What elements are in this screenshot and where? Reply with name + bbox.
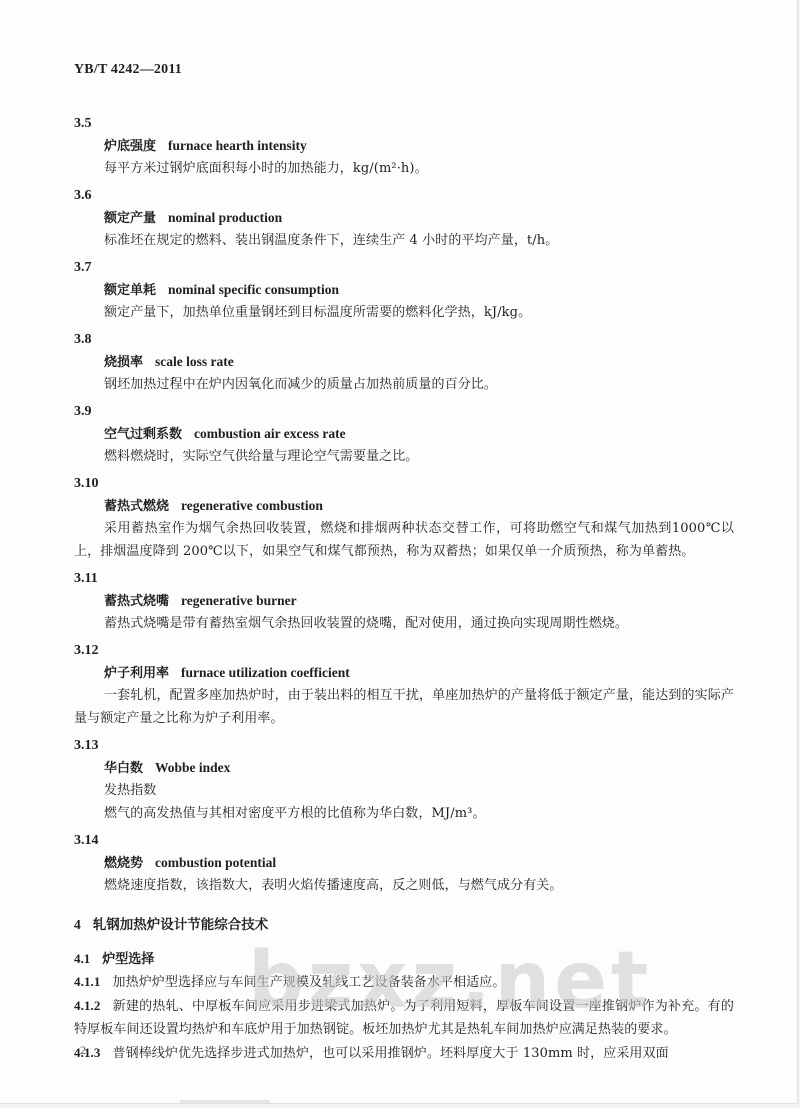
term-title: 炉底强度furnace hearth intensity (74, 134, 734, 157)
term-zh: 炉子利用率 (104, 666, 169, 681)
chapter-heading: 4轧钢加热炉设计节能综合技术 (74, 913, 734, 937)
term-definition: 蓄热式烧嘴是带有蓄热室烟气余热回收装置的烧嘴，配对使用，通过换向实现周期性燃烧。 (74, 612, 734, 635)
section-heading: 4.1炉型选择 (74, 947, 734, 970)
term-definition: 标准坯在规定的燃料、装出钢温度条件下，连续生产 4 小时的平均产量，t/h。 (74, 229, 734, 252)
term-entry: 3.5 炉底强度furnace hearth intensity 每平方米过钢炉… (74, 113, 734, 180)
term-title: 蓄热式燃烧regenerative combustion (74, 494, 734, 517)
term-definition: 燃烧速度指数，该指数大，表明火焰传播速度高，反之则低，与燃气成分有关。 (74, 874, 734, 897)
term-title: 烧损率scale loss rate (74, 350, 734, 373)
term-title: 额定单耗nominal specific consumption (74, 278, 734, 301)
section-number: 4.1 (74, 951, 90, 966)
term-entry: 3.11 蓄热式烧嘴regenerative burner 蓄热式烧嘴是带有蓄热… (74, 568, 734, 635)
term-title: 华白数Wobbe index (74, 756, 734, 779)
term-en: regenerative combustion (181, 498, 323, 513)
clause: 4.1.2新建的热轧、中厚板车间应采用步进梁式加热炉。为了利用短料，厚板车间设置… (74, 994, 734, 1041)
term-definition: 燃气的高发热值与其相对密度平方根的比值称为华白数，MJ/m³。 (74, 802, 734, 825)
term-number: 3.6 (74, 185, 734, 206)
clause-text: 加热炉炉型选择应与车间生产规模及轧线工艺设备装备水平相适应。 (113, 975, 506, 990)
term-zh: 额定产量 (104, 211, 156, 226)
term-zh: 华白数 (104, 761, 143, 776)
section-title: 炉型选择 (102, 952, 154, 967)
term-title: 蓄热式烧嘴regenerative burner (74, 589, 734, 612)
term-definition: 钢坯加热过程中在炉内因氧化而减少的质量占加热前质量的百分比。 (74, 373, 734, 396)
term-entry: 3.9 空气过剩系数combustion air excess rate 燃料燃… (74, 401, 734, 468)
clause: 4.1.3普钢棒线炉优先选择步进式加热炉，也可以采用推钢炉。坯料厚度大于 130… (74, 1041, 734, 1065)
term-number: 3.14 (74, 830, 734, 851)
term-zh: 炉底强度 (104, 139, 156, 154)
term-definition: 每平方米过钢炉底面积每小时的加热能力，kg/(m²·h)。 (74, 157, 734, 180)
term-entry: 3.13 华白数Wobbe index 发热指数 燃气的高发热值与其相对密度平方… (74, 735, 734, 825)
clause-text: 新建的热轧、中厚板车间应采用步进梁式加热炉。为了利用短料，厚板车间设置一座推钢炉… (74, 999, 734, 1037)
term-number: 3.8 (74, 329, 734, 350)
document-page: YB/T 4242—2011 3.5 炉底强度furnace hearth in… (0, 0, 798, 1104)
clause-number: 4.1.3 (74, 1045, 101, 1060)
term-number: 3.12 (74, 640, 734, 661)
term-number: 3.13 (74, 735, 734, 756)
term-definition: 燃料燃烧时，实际空气供给量与理论空气需要量之比。 (74, 445, 734, 468)
scan-artifact (180, 1100, 270, 1103)
term-definition: 一套轧机，配置多座加热炉时，由于装出料的相互干扰，单座加热炉的产量将低于额定产量… (74, 684, 734, 730)
term-number: 3.5 (74, 113, 734, 134)
term-en: nominal specific consumption (168, 282, 339, 297)
term-number: 3.9 (74, 401, 734, 422)
term-en: nominal production (168, 210, 282, 225)
term-entry: 3.12 炉子利用率furnace utilization coefficien… (74, 640, 734, 730)
clause-number: 4.1.2 (74, 998, 101, 1013)
term-title: 空气过剩系数combustion air excess rate (74, 422, 734, 445)
term-definition: 额定产量下，加热单位重量钢坯到目标温度所需要的燃料化学热，kJ/kg。 (74, 301, 734, 324)
term-number: 3.7 (74, 257, 734, 278)
term-zh: 空气过剩系数 (104, 427, 182, 442)
term-entry: 3.8 烧损率scale loss rate 钢坯加热过程中在炉内因氧化而减少的… (74, 329, 734, 396)
term-entry: 3.7 额定单耗nominal specific consumption 额定产… (74, 257, 734, 324)
term-en: furnace utilization coefficient (181, 665, 350, 680)
term-en: scale loss rate (155, 354, 234, 369)
page-content: 3.5 炉底强度furnace hearth intensity 每平方米过钢炉… (74, 108, 734, 1065)
standard-code-header: YB/T 4242—2011 (74, 62, 182, 78)
term-title: 燃烧势combustion potential (74, 851, 734, 874)
term-en: combustion potential (155, 855, 276, 870)
term-title: 炉子利用率furnace utilization coefficient (74, 661, 734, 684)
term-number: 3.11 (74, 568, 734, 589)
clause-text: 普钢棒线炉优先选择步进式加热炉，也可以采用推钢炉。坯料厚度大于 130mm 时，… (113, 1046, 669, 1061)
term-en: combustion air excess rate (194, 426, 346, 441)
term-entry: 3.10 蓄热式燃烧regenerative combustion 采用蓄热室作… (74, 473, 734, 563)
term-entry: 3.14 燃烧势combustion potential 燃烧速度指数，该指数大… (74, 830, 734, 897)
clause: 4.1.1加热炉炉型选择应与车间生产规模及轧线工艺设备装备水平相适应。 (74, 970, 734, 994)
term-zh: 烧损率 (104, 355, 143, 370)
term-synonym: 发热指数 (74, 779, 734, 802)
chapter-title: 轧钢加热炉设计节能综合技术 (93, 917, 269, 933)
term-zh: 额定单耗 (104, 283, 156, 298)
term-en: furnace hearth intensity (168, 138, 307, 153)
term-zh: 蓄热式烧嘴 (104, 594, 169, 609)
term-zh: 燃烧势 (104, 856, 143, 871)
term-number: 3.10 (74, 473, 734, 494)
term-title: 额定产量nominal production (74, 206, 734, 229)
term-entry: 3.6 额定产量nominal production 标准坯在规定的燃料、装出钢… (74, 185, 734, 252)
term-en: regenerative burner (181, 593, 297, 608)
term-en: Wobbe index (155, 760, 230, 775)
clause-number: 4.1.1 (74, 974, 101, 989)
term-definition: 采用蓄热室作为烟气余热回收装置，燃烧和排烟两种状态交替工作，可将助燃空气和煤气加… (74, 517, 734, 563)
term-zh: 蓄热式燃烧 (104, 499, 169, 514)
page-number: 2 (80, 1043, 86, 1058)
chapter-number: 4 (74, 917, 81, 932)
